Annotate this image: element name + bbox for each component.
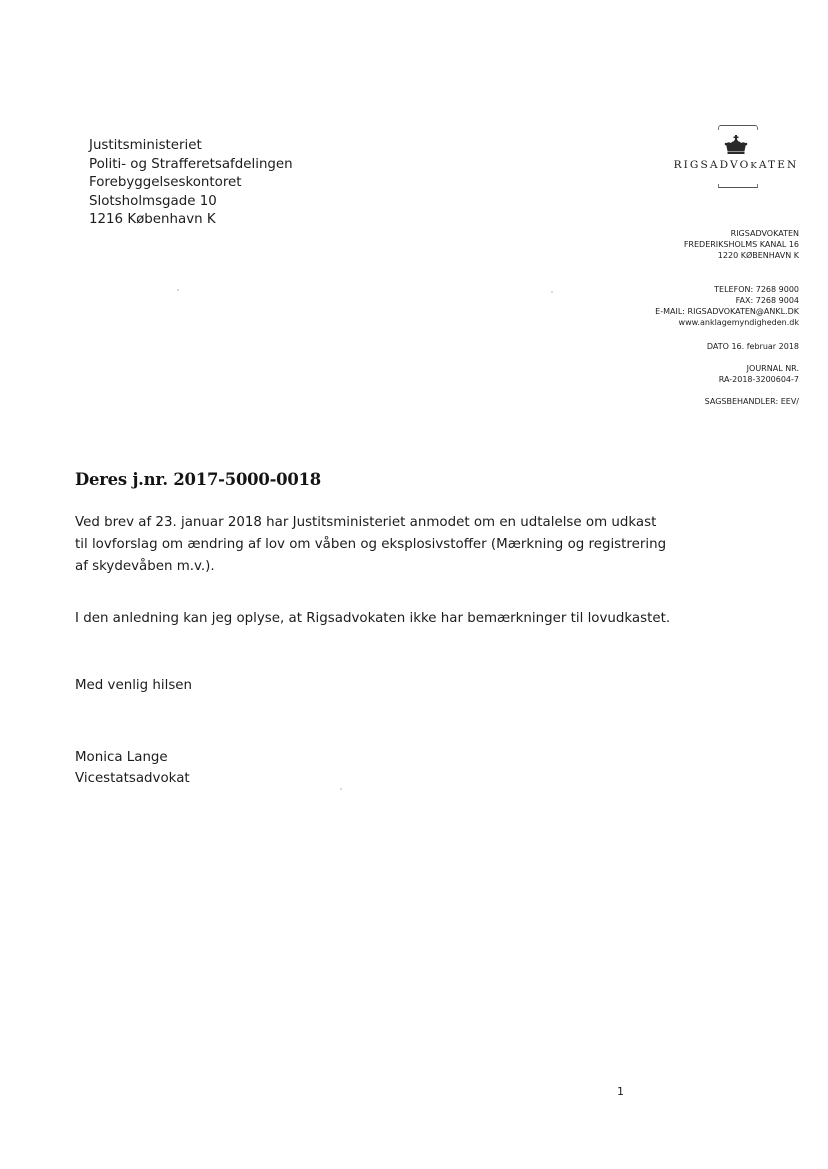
scan-speck [551,291,553,293]
body-line: til lovforslag om ændring af lov om våbe… [75,534,645,556]
signatory-name: Monica Lange [75,747,190,768]
case-handler-text: SAGSBEHANDLER: EEV/ [705,396,799,407]
closing-greeting: Med venlig hilsen [75,677,192,695]
body-line: af skydevåben m.v.). [75,556,645,578]
rigsadvokaten-logo: RIGSADVOKATEN [670,118,802,198]
journal-label: JOURNAL NR. [719,363,799,374]
sender-email: E-MAIL: RIGSADVOKATEN@ANKL.DK [655,306,799,317]
body-line: I den anledning kan jeg oplyse, at Rigsa… [75,608,645,630]
journal-number-block: JOURNAL NR. RA-2018-3200604-7 [719,363,799,385]
logo-wordmark: RIGSADVOKATEN [670,159,802,171]
sender-address-line: 1220 KØBENHAVN K [684,250,799,261]
subject-heading: Deres j.nr. 2017-5000-0018 [75,470,321,489]
logo-bottom-rule [718,184,758,188]
letter-date: DATO 16. februar 2018 [707,341,799,352]
letter-date-text: DATO 16. februar 2018 [707,341,799,352]
recipient-line: Forebyggelseskontoret [89,174,293,193]
sender-address-line: RIGSADVOKATEN [684,228,799,239]
signatory-title: Vicestatsadvokat [75,768,190,789]
signature-block: Monica Lange Vicestatsadvokat [75,747,190,789]
scan-speck [340,788,342,790]
journal-number: RA-2018-3200604-7 [719,374,799,385]
recipient-line: Justitsministeriet [89,137,293,156]
sender-address: RIGSADVOKATEN FREDERIKSHOLMS KANAL 16 12… [684,228,799,261]
body-line: Ved brev af 23. januar 2018 har Justitsm… [75,512,645,534]
recipient-address: Justitsministeriet Politi- og Strafferet… [89,137,293,230]
crown-icon [723,135,749,155]
body-paragraph-2: I den anledning kan jeg oplyse, at Rigsa… [75,608,645,630]
logo-top-rule [718,125,758,130]
case-handler: SAGSBEHANDLER: EEV/ [705,396,799,407]
sender-website: www.anklagemyndigheden.dk [655,317,799,328]
logo-wordmark-part: ATEN [759,159,799,171]
letter-page: Justitsministeriet Politi- og Strafferet… [0,0,828,1169]
logo-wordmark-part: K [750,161,759,171]
recipient-line: 1216 København K [89,211,293,230]
body-paragraph-1: Ved brev af 23. januar 2018 har Justitsm… [75,512,645,578]
recipient-line: Politi- og Strafferetsafdelingen [89,156,293,175]
scan-speck [177,289,179,291]
sender-contact: TELEFON: 7268 9000 FAX: 7268 9004 E-MAIL… [655,284,799,328]
sender-phone: TELEFON: 7268 9000 [655,284,799,295]
recipient-line: Slotsholmsgade 10 [89,193,293,212]
sender-fax: FAX: 7268 9004 [655,295,799,306]
sender-address-line: FREDERIKSHOLMS KANAL 16 [684,239,799,250]
page-number: 1 [617,1085,624,1098]
logo-wordmark-part: RIGSADVO [674,159,751,171]
